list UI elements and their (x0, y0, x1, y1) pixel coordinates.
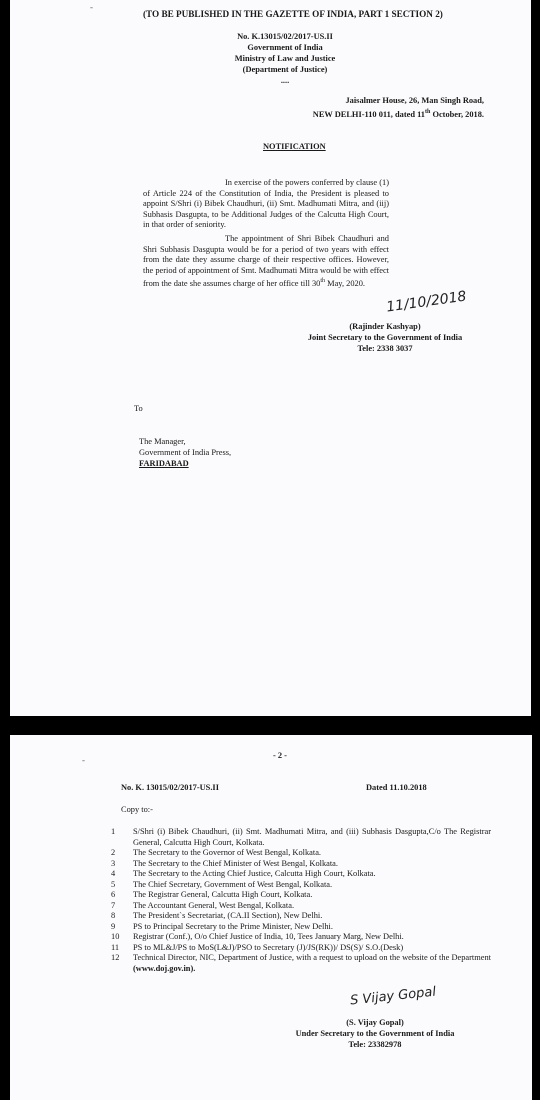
government-name: Government of India (200, 43, 370, 54)
list-item-number: 1 (111, 827, 133, 848)
department-name: (Department of Justice) (200, 65, 370, 76)
signatory-name: (Rajinder Kashyap) (280, 322, 490, 333)
to-label: To (134, 404, 143, 415)
list-item-text: The Chief Secretary, Government of West … (133, 880, 491, 891)
list-item: 10Registrar (Conf.), O/o Chief Justice o… (111, 932, 491, 943)
signatory-designation: Joint Secretary to the Government of Ind… (280, 333, 490, 344)
list-item-number: 8 (111, 911, 133, 922)
recipient-line-1: The Manager, (139, 437, 186, 448)
list-item-text: The Secretary to the Acting Chief Justic… (133, 869, 491, 880)
dated: Dated 11.10.2018 (366, 783, 427, 794)
list-item-text: Registrar (Conf.), O/o Chief Justice of … (133, 932, 491, 943)
list-item: 11PS to ML&J/PS to MoS(L&J)/PSO to Secre… (111, 943, 491, 954)
scan-mark: - (82, 755, 85, 765)
signature-vijay-gopal: S Vijay Gopal (349, 985, 436, 1009)
document-page-1: - (TO BE PUBLISHED IN THE GAZETTE OF IND… (10, 0, 531, 716)
list-item: 9PS to Principal Secretary to the Prime … (111, 922, 491, 933)
paragraph-appointment: In exercise of the powers conferred by c… (143, 178, 389, 231)
list-item-number: 6 (111, 890, 133, 901)
list-item: 7The Accountant General, West Bengal, Ko… (111, 901, 491, 912)
list-item-text: PS to ML&J/PS to MoS(L&J)/PSO to Secreta… (133, 943, 491, 954)
gazette-header: (TO BE PUBLISHED IN THE GAZETTE OF INDIA… (143, 9, 443, 20)
address-line-2: NEW DELHI-110 011, dated 11th October, 2… (313, 107, 484, 120)
list-item: 12Technical Director, NIC, Department of… (111, 953, 491, 974)
ministry-name: Ministry of Law and Justice (200, 54, 370, 65)
recipient-city: FARIDABAD (139, 459, 189, 470)
signatory-designation: Under Secretary to the Government of Ind… (260, 1029, 490, 1040)
file-number: No. K.13015/02/2017-US.II (200, 32, 370, 43)
list-item-text: The Accountant General, West Bengal, Kol… (133, 901, 491, 912)
page-number: - 2 - (260, 751, 300, 762)
list-item: 1S/Shri (i) Bibek Chaudhuri, (ii) Smt. M… (111, 827, 491, 848)
notification-title: NOTIFICATION (263, 142, 326, 153)
list-item: 8The President`s Secretariat, (CA.II Sec… (111, 911, 491, 922)
list-item-number: 5 (111, 880, 133, 891)
list-item-text: PS to Principal Secretary to the Prime M… (133, 922, 491, 933)
list-item: 6The Registrar General, Calcutta High Co… (111, 890, 491, 901)
address-line-1: Jaisalmer House, 26, Man Singh Road, (345, 96, 484, 107)
list-item: 5The Chief Secretary, Government of West… (111, 880, 491, 891)
list-item: 4The Secretary to the Acting Chief Justi… (111, 869, 491, 880)
scan-mark: - (90, 2, 93, 12)
signature-rajinder-kashyap: 11/10/2018 (385, 288, 467, 315)
list-item: 2The Secretary to the Governor of West B… (111, 848, 491, 859)
list-item-text: The Secretary to the Governor of West Be… (133, 848, 491, 859)
list-item-text: Technical Director, NIC, Department of J… (133, 953, 491, 974)
paragraph-tenure: The appointment of Shri Bibek Chaudhuri … (143, 234, 389, 290)
list-item-number: 12 (111, 953, 133, 974)
list-item-number: 4 (111, 869, 133, 880)
list-item-number: 11 (111, 943, 133, 954)
copy-to-label: Copy to:- (121, 805, 153, 816)
list-item: 3The Secretary to the Chief Minister of … (111, 859, 491, 870)
list-item-text: The President`s Secretariat, (CA.II Sect… (133, 911, 491, 922)
website-link-text: (www.doj.gov.in). (133, 964, 195, 973)
list-item-text: S/Shri (i) Bibek Chaudhuri, (ii) Smt. Ma… (133, 827, 491, 848)
list-item-text: The Registrar General, Calcutta High Cou… (133, 890, 491, 901)
list-item-number: 9 (111, 922, 133, 933)
signatory-name: (S. Vijay Gopal) (260, 1018, 490, 1029)
list-item-number: 3 (111, 859, 133, 870)
copy-to-list: 1S/Shri (i) Bibek Chaudhuri, (ii) Smt. M… (111, 827, 491, 974)
signatory-telephone: Tele: 2338 3037 (280, 344, 490, 355)
separator: .... (200, 76, 370, 87)
signatory-telephone: Tele: 23382978 (260, 1040, 490, 1051)
list-item-number: 7 (111, 901, 133, 912)
recipient-line-2: Government of India Press, (139, 448, 231, 459)
list-item-text: The Secretary to the Chief Minister of W… (133, 859, 491, 870)
file-number: No. K. 13015/02/2017-US.II (121, 783, 219, 794)
list-item-number: 10 (111, 932, 133, 943)
list-item-number: 2 (111, 848, 133, 859)
document-page-2: - 2 - - No. K. 13015/02/2017-US.II Dated… (10, 735, 532, 1100)
